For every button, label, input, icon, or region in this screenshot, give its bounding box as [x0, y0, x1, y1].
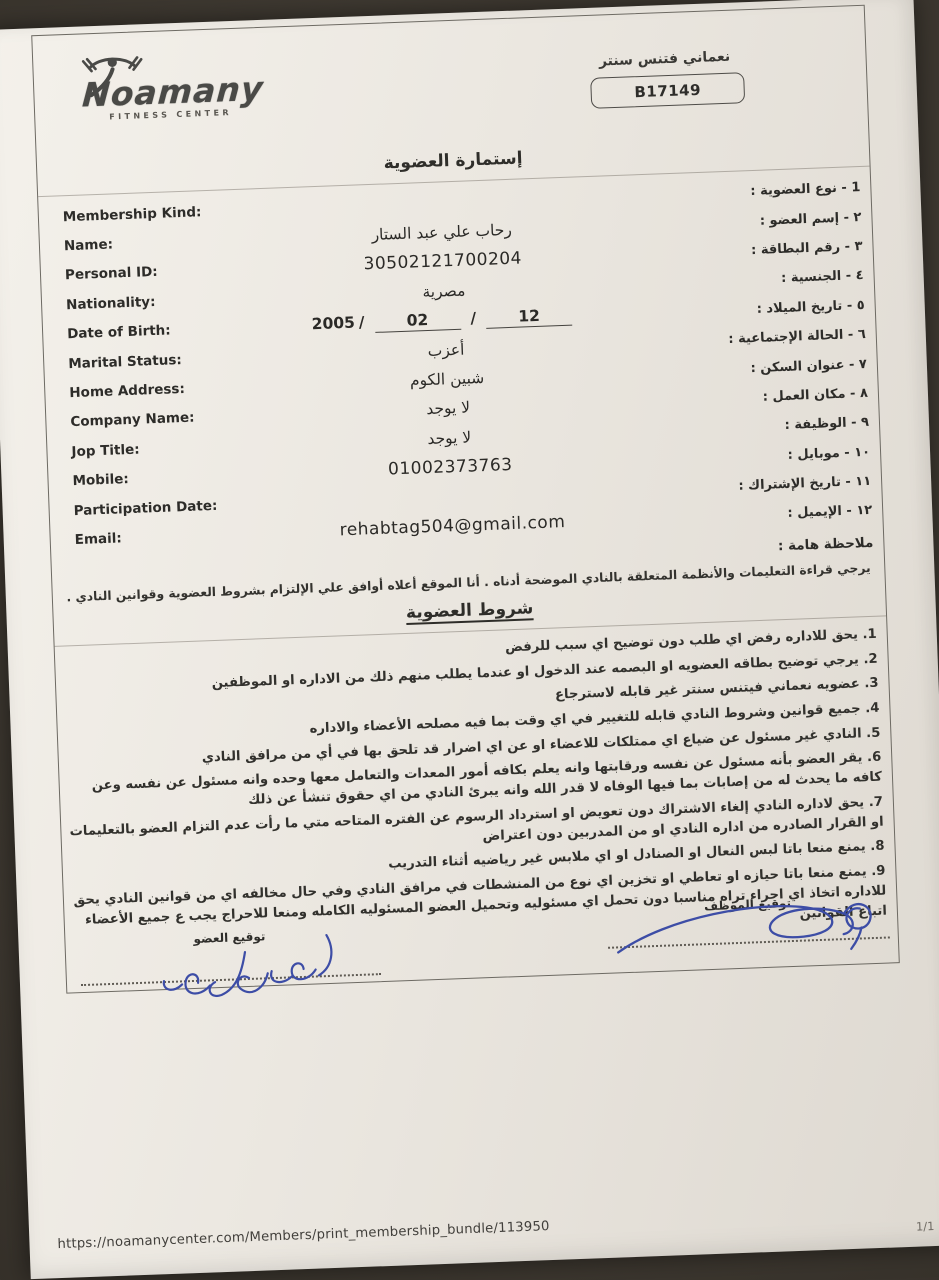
label-ar-job-title: ٩ - الوظيفة : — [664, 415, 879, 438]
label-ar-name: ٢ - إسم العضو : — [656, 209, 871, 232]
print-footer-url: https://noamanycenter.com/Members/print_… — [57, 1219, 550, 1252]
label-mobile: Mobile: — [48, 466, 283, 491]
label-ar-nationality: ٤ - الجنسية : — [658, 268, 873, 291]
label-home-address: Home Address: — [45, 377, 280, 402]
label-ar-home-address: ٧ - عنوان السكن : — [662, 356, 877, 379]
logo-wordmark: Noamany — [81, 71, 293, 112]
label-ar-personal-id: ٣ - رقم البطاقة : — [657, 239, 872, 262]
label-ar-date-of-birth: ٥ - تاريخ الميلاد : — [660, 297, 875, 320]
dob-separator: / — [470, 309, 476, 327]
label-email: Email: — [50, 524, 285, 549]
label-ar-company-name: ٨ - مكان العمل : — [663, 385, 878, 408]
value-participation-date — [285, 489, 667, 503]
member-code-box: B17149 — [590, 72, 745, 109]
dob-month: 02 — [374, 310, 461, 333]
form-border-box: Noamany FITNESS CENTER نعماني فتنس سنتر … — [31, 5, 900, 994]
label-job-title: Jop Title: — [47, 436, 282, 461]
label-ar-membership-kind: 1 - نوع العضوية : — [655, 180, 870, 203]
label-ar-marital-status: ٦ - الحالة الإجتماعية : — [661, 327, 876, 350]
value-membership-kind — [274, 195, 656, 209]
label-ar-participation-date: ١١ - تاريخ الإشتراك : — [666, 474, 881, 497]
label-ar-mobile: ١٠ - موبايل : — [665, 444, 880, 467]
label-date-of-birth: Date of Birth: — [43, 319, 278, 344]
label-membership-kind: Membership Kind: — [39, 201, 274, 226]
label-company-name: Company Name: — [46, 407, 281, 432]
label-marital-status: Marital Status: — [44, 348, 279, 373]
label-nationality: Nationality: — [42, 289, 277, 314]
page-indicator: 1/1 — [916, 1219, 935, 1234]
employee-signature-block: توقيع الموظف — [606, 892, 889, 948]
label-name: Name: — [40, 231, 275, 256]
dob-separator: / — [359, 314, 365, 332]
member-signature-block: توقيع العضو — [79, 925, 381, 986]
gym-name-arabic: نعماني فتنس سنتر — [559, 47, 769, 71]
photographed-paper-form: Noamany FITNESS CENTER نعماني فتنس سنتر … — [0, 0, 939, 1279]
gym-logo: Noamany FITNESS CENTER — [82, 71, 293, 123]
label-ar-email: ١٢ - الإيميل : — [667, 503, 882, 526]
field-rows: Membership Kind: 1 - نوع العضوية : Name:… — [38, 173, 882, 556]
label-personal-id: Personal ID: — [41, 260, 276, 285]
dob-day: 12 — [486, 306, 573, 329]
label-participation-date: Participation Date: — [49, 495, 284, 520]
dob-year: 2005 — [311, 314, 355, 334]
